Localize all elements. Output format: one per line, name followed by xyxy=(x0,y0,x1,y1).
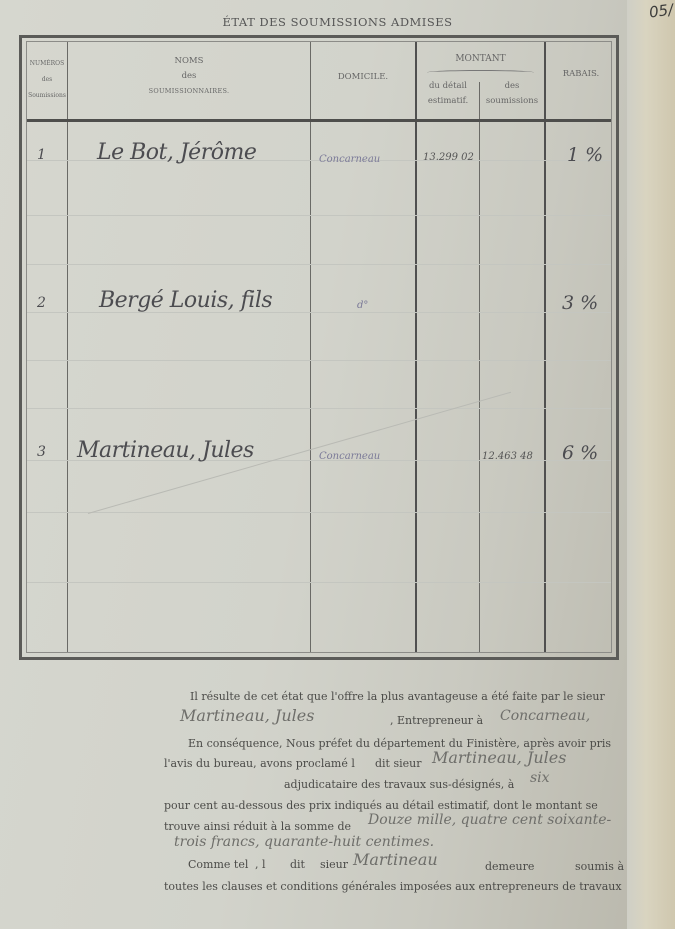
row-domicile: Concarneau xyxy=(319,451,380,462)
body-line-1: Il résulte de cet état que l'offre la pl… xyxy=(190,690,605,703)
header-text: MONTANT xyxy=(417,54,544,64)
ruling-line xyxy=(27,215,611,216)
header-text: des xyxy=(480,79,544,94)
row-rabais: 3 % xyxy=(562,292,598,314)
header-montant-detail: du détail estimatif. xyxy=(417,79,479,109)
header-text: RABAIS. xyxy=(546,67,616,82)
body-line-10: toutes les clauses et conditions général… xyxy=(164,880,622,893)
body-line-6: pour cent au-dessous des prix indiqués a… xyxy=(164,799,598,812)
row-number: 3 xyxy=(37,444,46,460)
header-text: Soumissions xyxy=(27,88,67,104)
header-montant-soumissions: des soumissions xyxy=(480,79,544,109)
ruling-line xyxy=(27,360,611,361)
header-text: estimatif. xyxy=(417,94,479,109)
handwritten-name: Martineau xyxy=(353,850,438,869)
ruling-line xyxy=(27,408,611,409)
body-line-9f: soumis à xyxy=(575,860,624,873)
handwritten-amount-cont: trois francs, quarante-huit centimes. xyxy=(174,834,434,850)
body-line-7: trouve ainsi réduit à la somme de xyxy=(164,820,351,833)
submissions-table: NUMÉROS des Soumissions NOMS des SOUMISS… xyxy=(19,35,619,660)
handwritten-place: Concarneau, xyxy=(500,708,590,724)
row-montant-detail: 13.299 02 xyxy=(423,152,474,163)
header-text: DOMICILE. xyxy=(311,70,415,85)
body-line-4b: dit sieur xyxy=(375,757,422,770)
body-line-9d: sieur xyxy=(320,858,348,871)
col-divider xyxy=(310,42,311,652)
row-montant-soumissions: 12.463 48 xyxy=(482,451,533,462)
handwritten-name: Martineau, Jules xyxy=(180,706,314,725)
handwritten-name: Martineau, Jules xyxy=(432,748,566,767)
row-number: 1 xyxy=(37,147,46,163)
header-numeros: NUMÉROS des Soumissions xyxy=(27,42,67,119)
ruling-line xyxy=(27,512,611,513)
body-line-9c: dit xyxy=(290,858,305,871)
row-name: Martineau, Jules xyxy=(77,438,254,463)
row-rabais: 6 % xyxy=(562,442,598,464)
col-divider xyxy=(67,42,68,652)
header-text: NOMS xyxy=(68,54,310,69)
ruling-line xyxy=(27,264,611,265)
document-title: ÉTAT DES SOUMISSIONS ADMISES xyxy=(0,15,675,29)
row-name: Bergé Louis, fils xyxy=(99,288,272,313)
header-separator xyxy=(27,119,611,122)
header-domicile: DOMICILE. xyxy=(311,42,415,119)
col-divider xyxy=(479,82,480,652)
ruling-line xyxy=(27,582,611,583)
handwritten-amount: Douze mille, quatre cent soixante- xyxy=(368,812,611,828)
handwritten-rebate: six xyxy=(530,770,550,786)
header-text: des xyxy=(68,69,310,84)
header-text: NUMÉROS xyxy=(27,56,67,72)
row-name: Le Bot, Jérôme xyxy=(97,140,256,165)
header-noms: NOMS des SOUMISSIONNAIRES. xyxy=(68,42,310,119)
page-edge xyxy=(627,0,675,929)
header-montant: MONTANT du détail estimatif. des soumiss… xyxy=(417,42,544,119)
header-text: du détail xyxy=(417,79,479,94)
body-line-9e: demeure xyxy=(485,860,534,873)
body-line-2: , Entrepreneur à xyxy=(390,714,483,727)
header-text: soumissions xyxy=(480,94,544,109)
row-domicile: d° xyxy=(357,300,368,311)
brace-decoration xyxy=(427,70,534,75)
col-divider xyxy=(415,42,417,652)
body-line-4: l'avis du bureau, avons proclamé l xyxy=(164,757,355,770)
table-inner: NUMÉROS des Soumissions NOMS des SOUMISS… xyxy=(26,41,612,653)
body-line-5: adjudicataire des travaux sus-désignés, … xyxy=(284,778,514,791)
body-line-9b: , l xyxy=(255,858,266,871)
row-domicile: Concarneau xyxy=(319,154,380,165)
row-number: 2 xyxy=(37,295,46,311)
body-line-9a: Comme tel xyxy=(188,858,248,871)
header-text: SOUMISSIONNAIRES. xyxy=(68,84,310,99)
row-rabais: 1 % xyxy=(567,144,603,166)
col-divider xyxy=(544,42,546,652)
header-text: des xyxy=(27,72,67,88)
header-rabais: RABAIS. xyxy=(546,42,616,119)
